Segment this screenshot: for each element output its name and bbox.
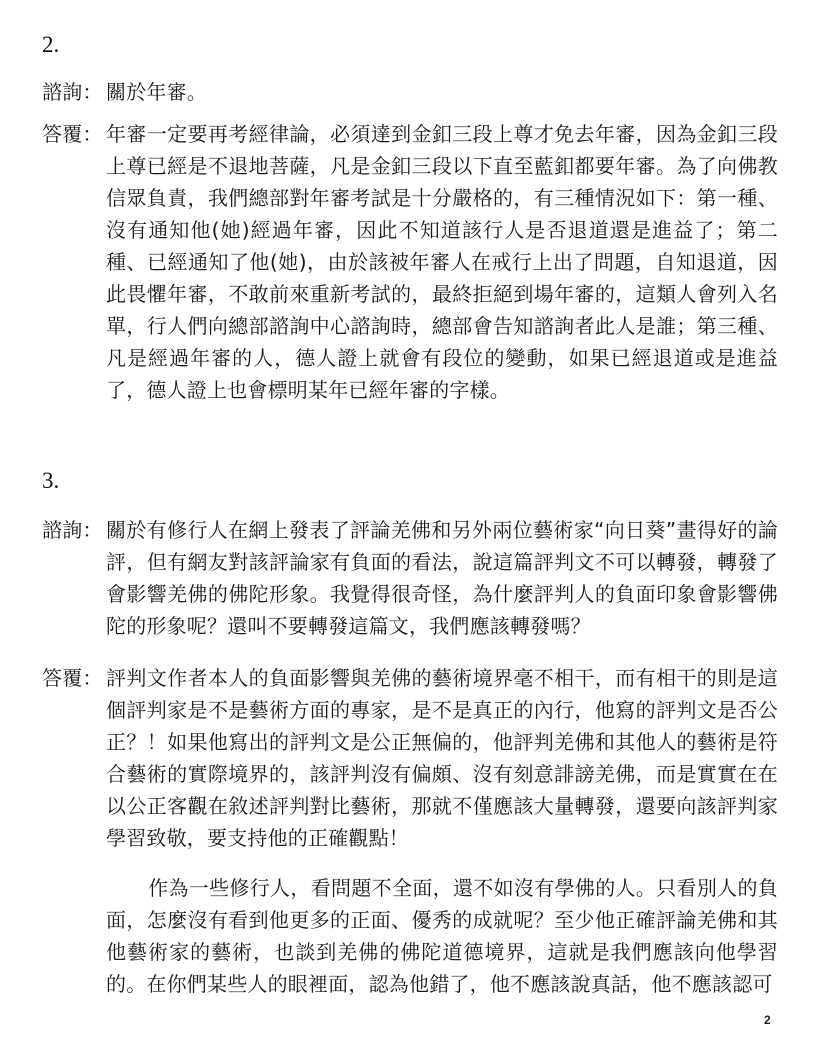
answer-continuation-paragraph: 作為一些修行人，看問題不全面，還不如沒有學佛的人。只看別人的負面，怎麼沒有看到他… [106,872,778,1000]
section-number: 2. [42,32,59,58]
question-label: 諮詢： [42,514,106,546]
answer-text: 年審一定要再考經律論，必須達到金釦三段上尊才免去年審，因為金釦三段上尊已經是不退… [106,118,778,406]
answer-label: 答覆： [42,662,106,694]
answer-label: 答覆： [42,118,106,150]
continuation-text: 作為一些修行人，看問題不全面，還不如沒有學佛的人。只看別人的負面，怎麼沒有看到他… [106,876,778,996]
answer-block: 答覆： 年審一定要再考經律論，必須達到金釦三段上尊才免去年審，因為金釦三段上尊已… [42,118,778,406]
question-block: 諮詢： 關於年審。 [42,76,778,108]
question-label: 諮詢： [42,76,106,108]
question-text: 關於年審。 [106,76,778,108]
page-number: 2 [764,1013,771,1027]
question-text: 關於有修行人在網上發表了評論羌佛和另外兩位藝術家“向日葵”畫得好的論評，但有網友… [106,514,778,642]
section-number: 3. [42,468,59,494]
answer-block: 答覆： 評判文作者本人的負面影響與羌佛的藝術境界毫不相干，而有相干的則是這個評判… [42,662,778,854]
question-block: 諮詢： 關於有修行人在網上發表了評論羌佛和另外兩位藝術家“向日葵”畫得好的論評，… [42,514,778,642]
answer-text: 評判文作者本人的負面影響與羌佛的藝術境界毫不相干，而有相干的則是這個評判家是不是… [106,662,778,854]
document-page: 2. 諮詢： 關於年審。 答覆： 年審一定要再考經律論，必須達到金釦三段上尊才免… [0,0,840,1054]
